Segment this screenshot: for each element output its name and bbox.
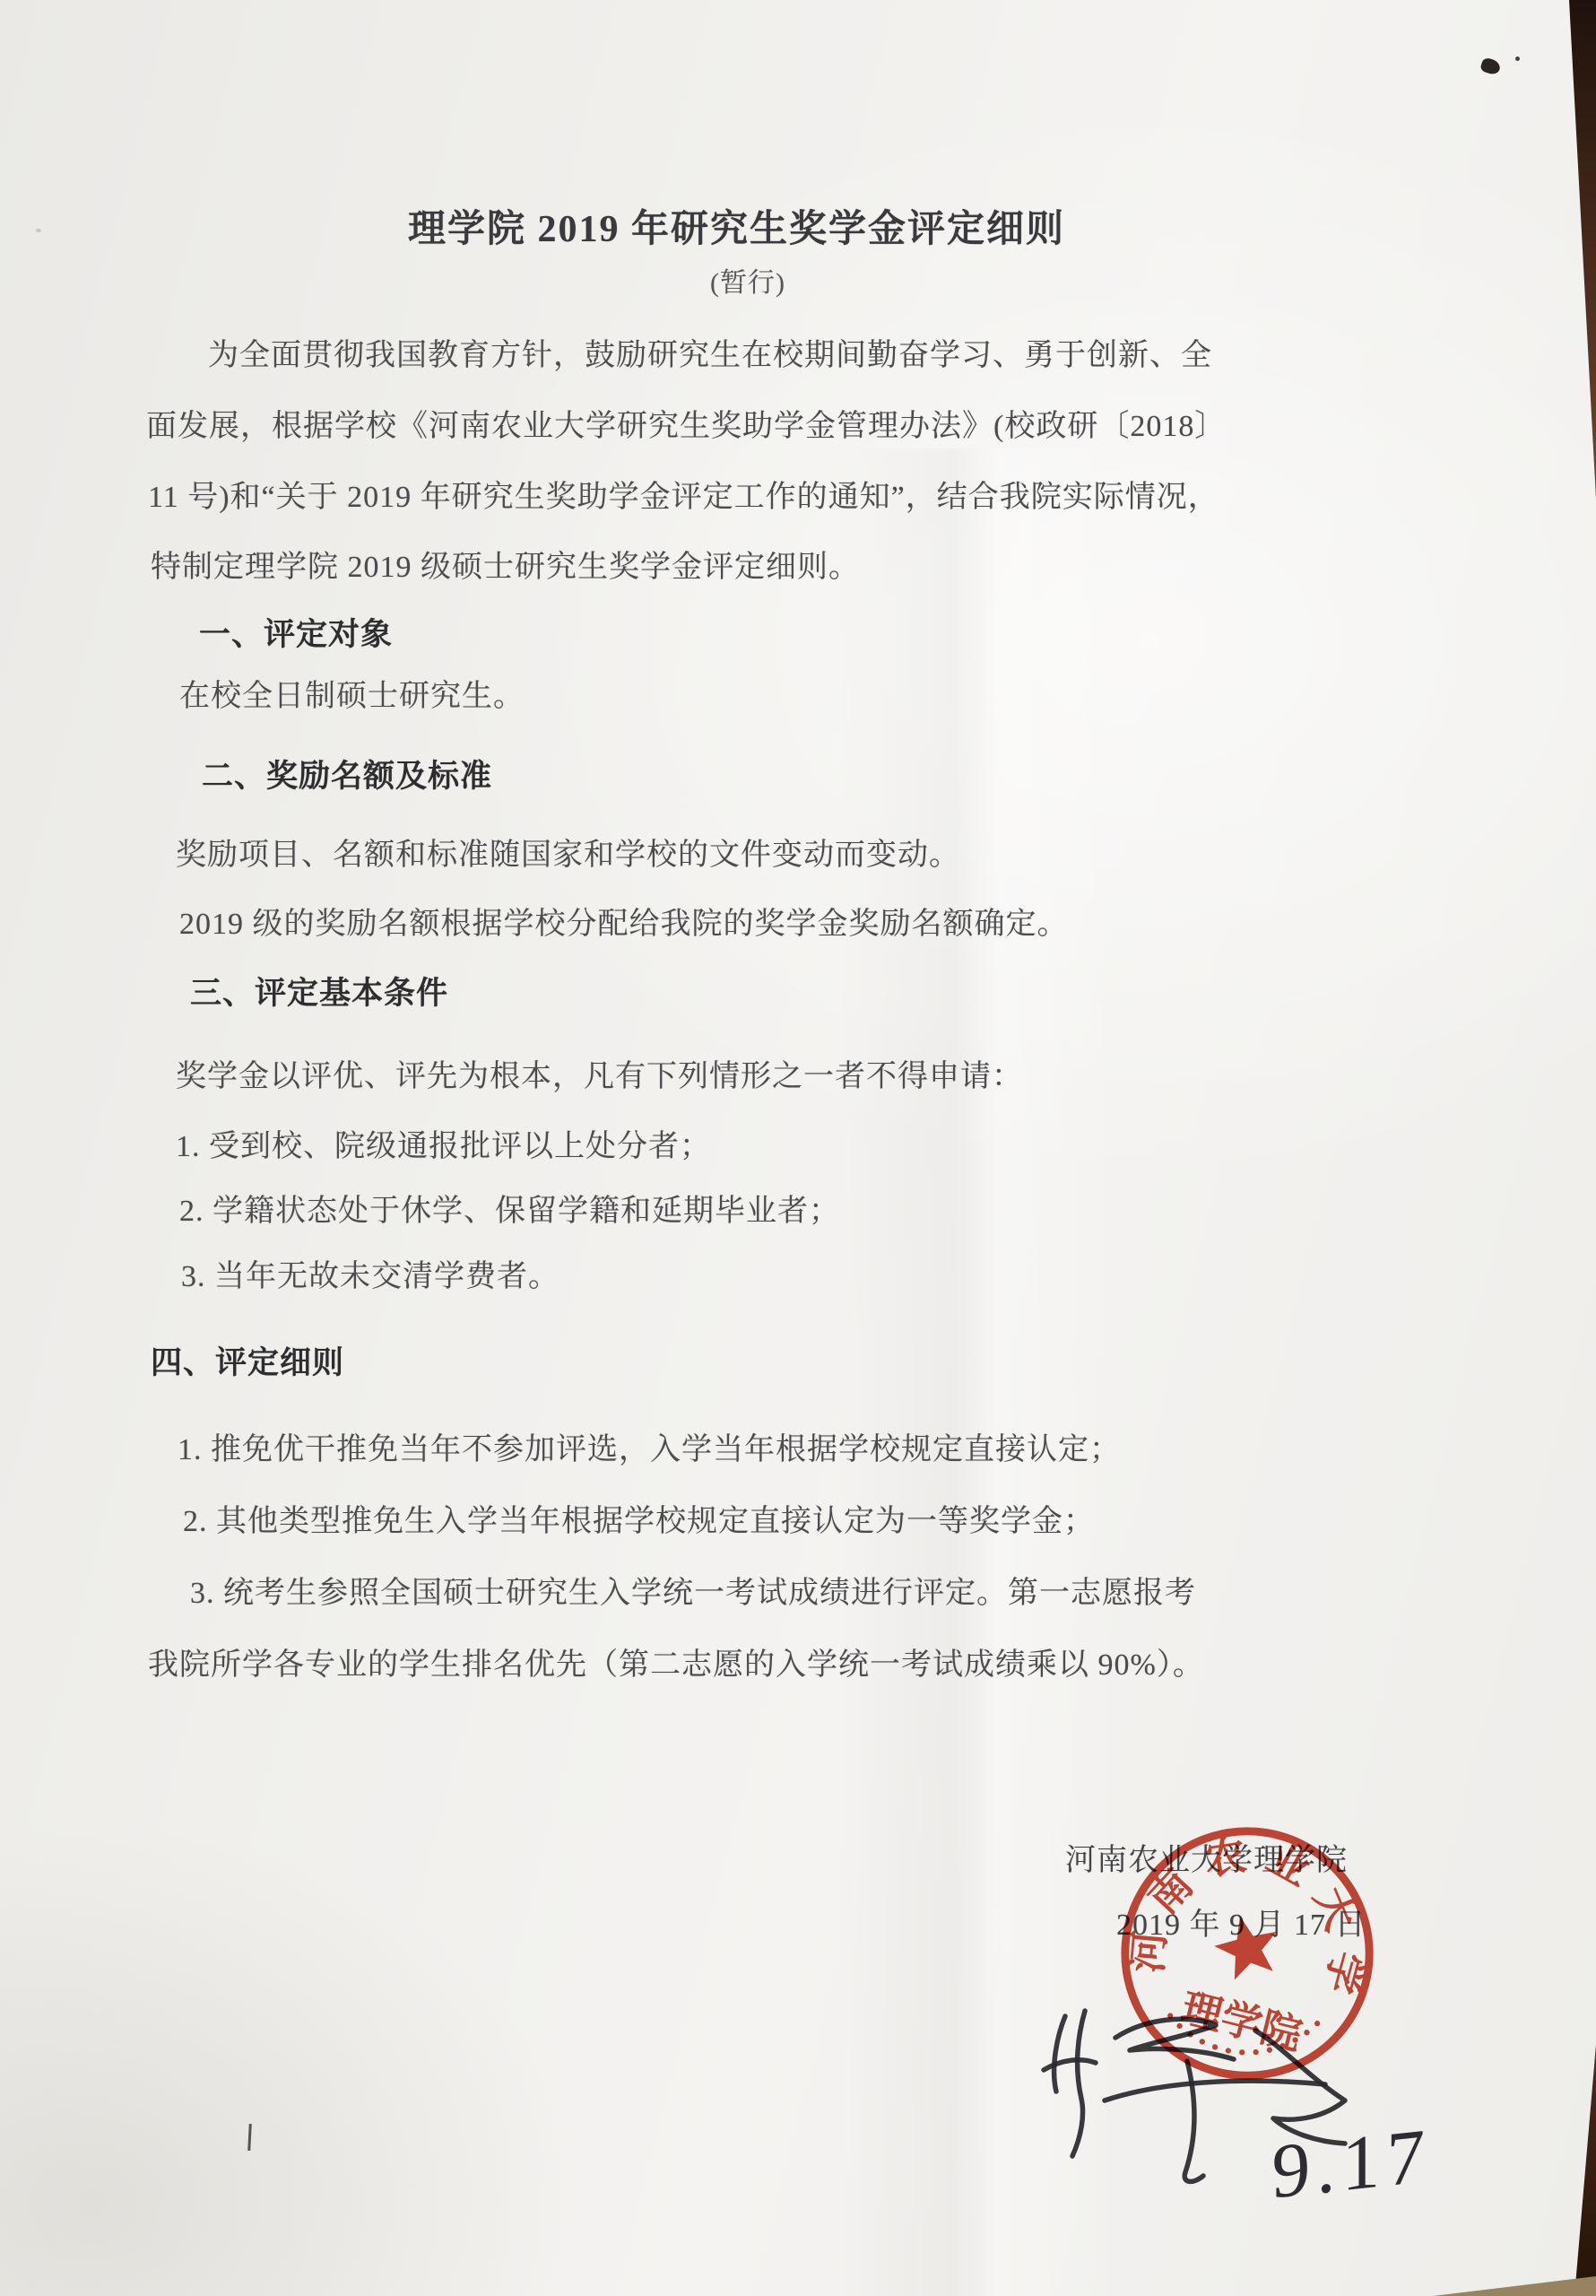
stray-pen-mark — [247, 2124, 252, 2151]
section-3-item: 2. 学籍状态处于休学、保留学籍和延期毕业者； — [179, 1186, 840, 1230]
photo-edge-bottom — [1433, 2276, 1596, 2296]
ink-dot — [1515, 57, 1520, 61]
section-4-item: 1. 推免优干推免当年不参加评选，入学当年根据学校规定直接认定； — [178, 1424, 1121, 1468]
handwritten-date: 9.17 — [1271, 2109, 1431, 2216]
star-icon — [1209, 1909, 1285, 1983]
section-3-item: 3. 当年无故未交清学费者。 — [181, 1251, 559, 1295]
photo-edge-bottom-right — [1574, 2045, 1596, 2296]
section-1-body: 在校全日制硕士研究生。 — [179, 671, 525, 715]
section-3-intro: 奖学金以评优、评先为根本，凡有下列情形之一者不得申请： — [176, 1051, 1023, 1095]
intro-line: 11 号)和“关于 2019 年研究生奖助学金评定工作的通知”，结合我院实际情况… — [148, 472, 1219, 516]
section-3-item: 1. 受到校、院级通报批评以上处分者； — [176, 1121, 711, 1165]
section-4-item: 3. 统考生参照全国硕士研究生入学统一考试成绩进行评定。第一志愿报考 — [190, 1568, 1196, 1612]
section-1-heading: 一、评定对象 — [199, 610, 393, 655]
section-2-line: 奖励项目、名额和标准随国家和学校的文件变动而变动。 — [176, 830, 960, 874]
section-4-item: 我院所学各专业的学生排名优先（第二志愿的入学统一考试成绩乘以 90%）。 — [148, 1639, 1204, 1683]
intro-line: 为全面贯彻我国教育方针，鼓励研究生在校期间勤奋学习、勇于创新、全 — [208, 330, 1212, 374]
section-2-line: 2019 级的奖励名额根据学校分配给我院的奖学金奖励名额确定。 — [179, 899, 1069, 943]
section-3-heading: 三、评定基本条件 — [190, 969, 448, 1013]
ink-blot — [1479, 57, 1502, 76]
intro-line: 特制定理学院 2019 级硕士研究生奖学金评定细则。 — [151, 542, 860, 586]
photo-edge-top-right — [1569, 0, 1596, 499]
section-2-heading: 二、奖励名额及标准 — [202, 752, 492, 796]
paper-speck — [36, 229, 41, 232]
scanned-document-page: 理学院 2019 年研究生奖学金评定细则 (暂行) 为全面贯彻我国教育方针，鼓励… — [0, 0, 1596, 2296]
intro-line: 面发展，根据学校《河南农业大学研究生奖助学金管理办法》(校政研〔2018〕 — [146, 401, 1226, 445]
document-subtitle: (暂行) — [710, 260, 785, 300]
section-4-item: 2. 其他类型推免生入学当年根据学校规定直接认定为一等奖学金； — [183, 1496, 1095, 1540]
section-4-heading: 四、评定细则 — [151, 1338, 344, 1383]
document-title: 理学院 2019 年研究生奖学金评定细则 — [408, 199, 1065, 253]
